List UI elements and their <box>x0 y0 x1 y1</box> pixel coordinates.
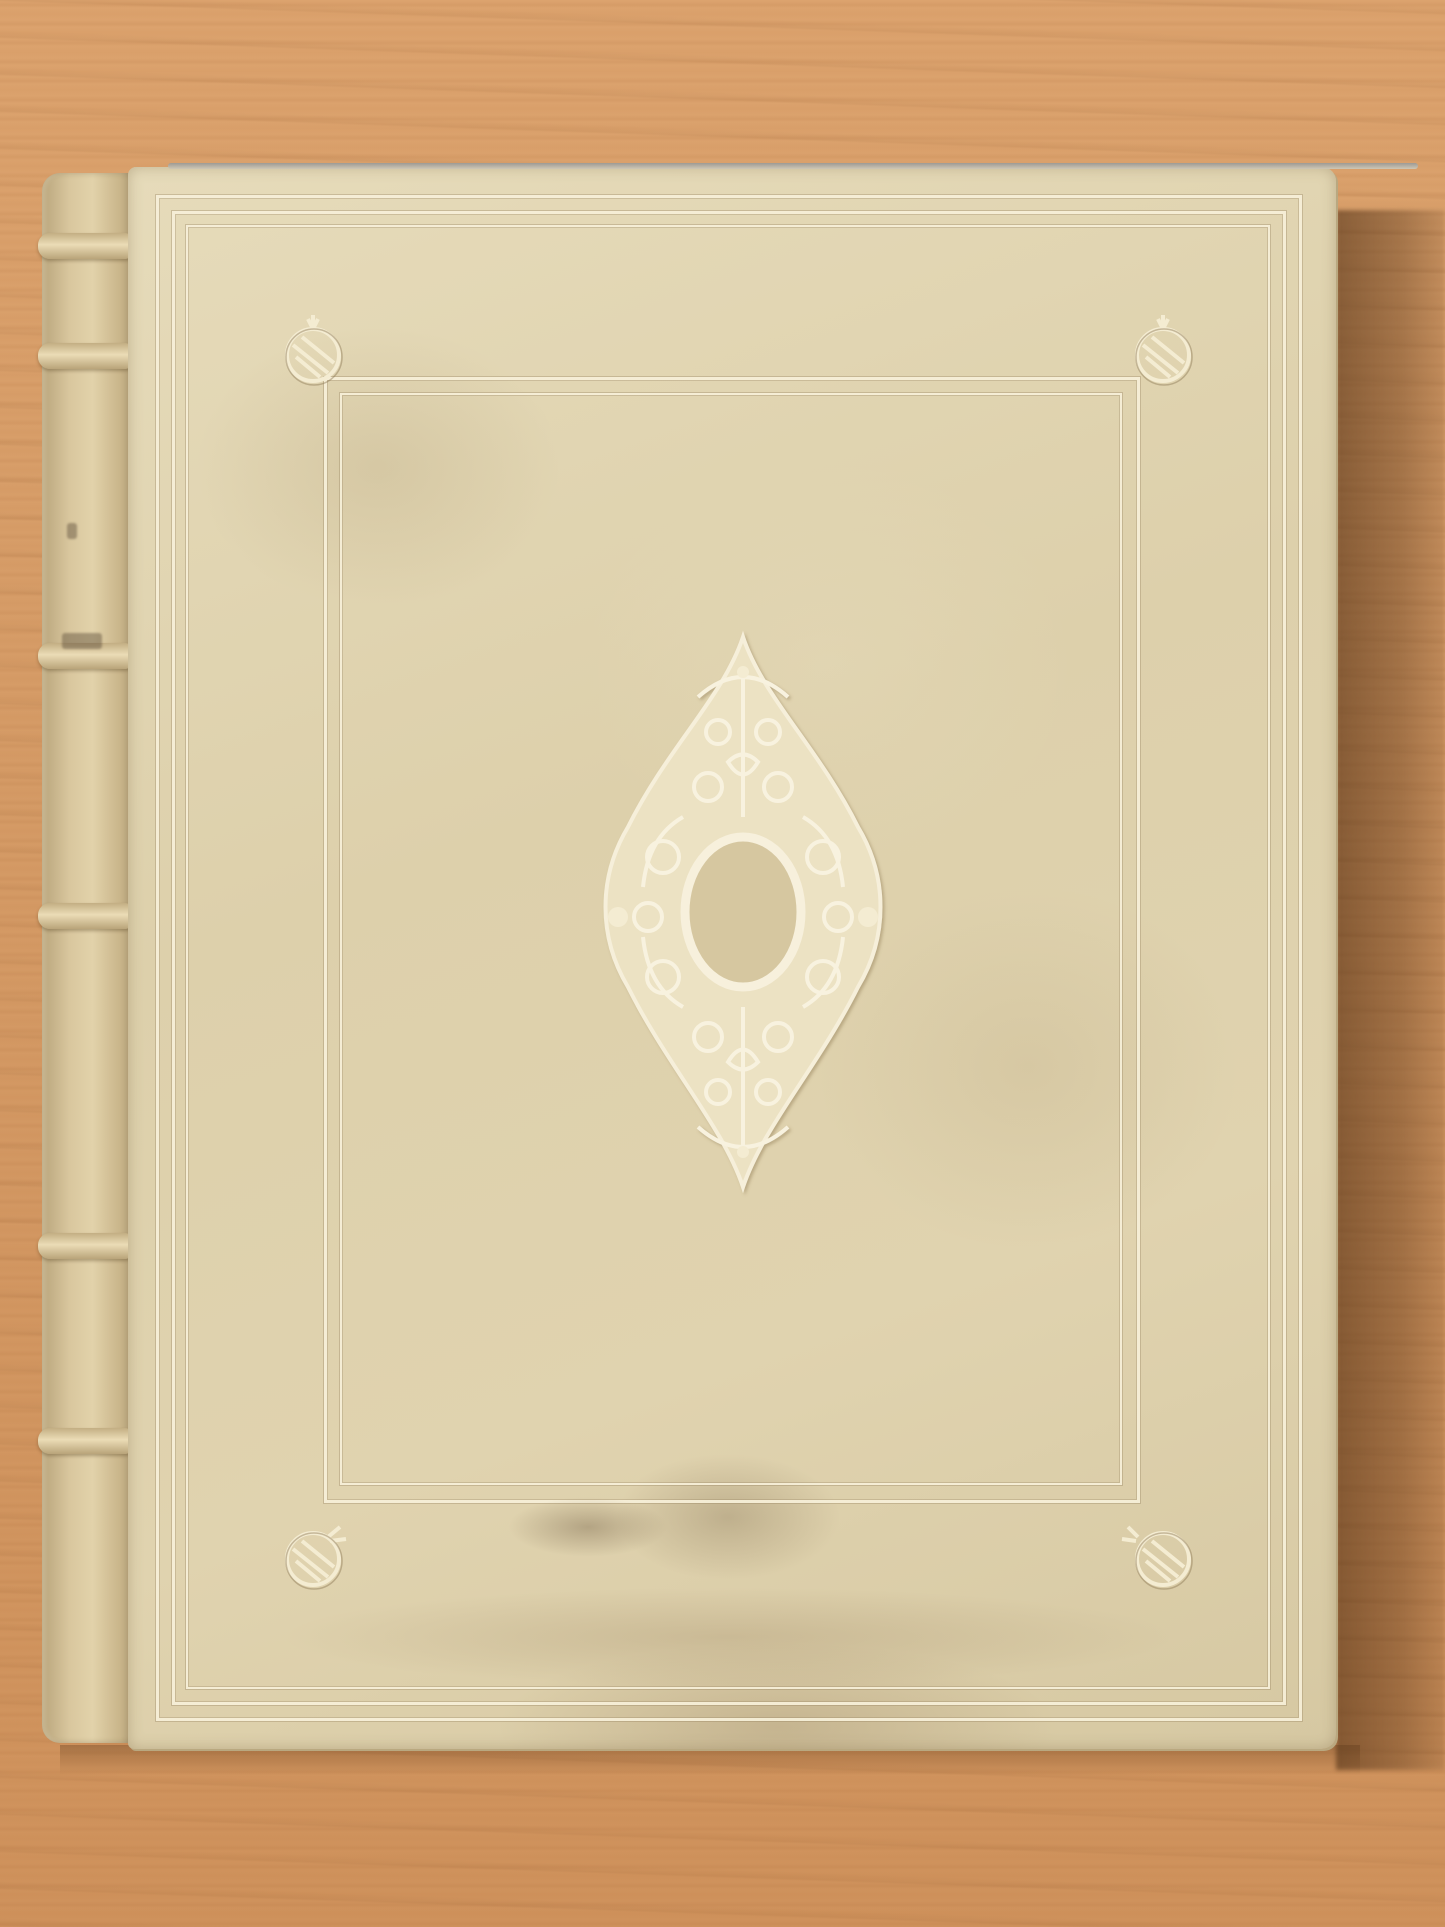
book-spine <box>42 173 134 1743</box>
pomegranate-corner-icon <box>1118 307 1208 397</box>
central-lozenge-ornament-icon <box>588 637 898 1187</box>
spine-band <box>38 903 136 929</box>
pomegranate-corner-icon <box>268 307 358 397</box>
pomegranate-corner-icon <box>268 1517 358 1607</box>
stain <box>278 1587 1178 1687</box>
page-edge <box>168 163 1418 169</box>
front-board <box>128 167 1336 1749</box>
pomegranate-corner-icon <box>1118 1517 1208 1607</box>
photo-scene <box>0 0 1445 1927</box>
book <box>42 167 1336 1749</box>
stain <box>508 1497 668 1557</box>
spine-mark <box>67 523 77 539</box>
spine-band <box>38 1428 136 1454</box>
spine-band <box>38 1233 136 1259</box>
spine-label-mark <box>62 633 102 649</box>
spine-band <box>38 343 136 369</box>
book-shadow <box>1336 210 1445 1770</box>
spine-band <box>38 233 136 259</box>
book-shadow-bottom <box>60 1745 1360 1775</box>
